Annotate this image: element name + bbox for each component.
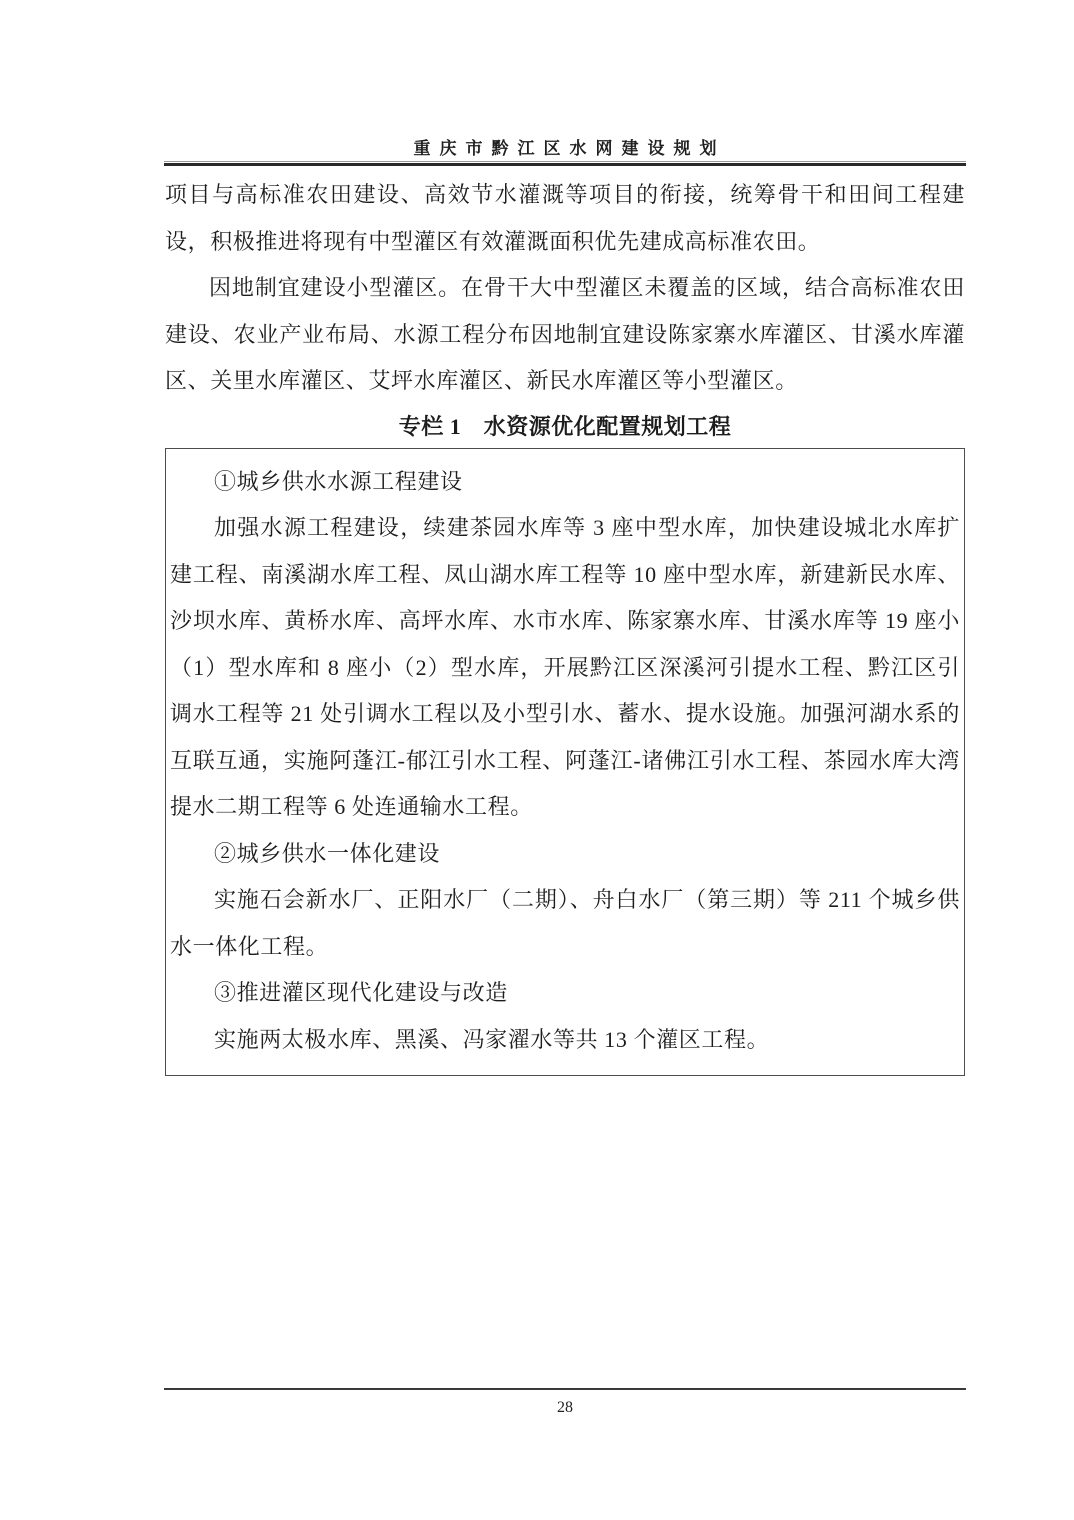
document-page: 重庆市黔江区水网建设规划 项目与高标准农田建设、高效节水灌溉等项目的衔接，统筹骨…	[0, 0, 1074, 1520]
header-rule-thick	[164, 163, 966, 166]
body-paragraph-1: 项目与高标准农田建设、高效节水灌溉等项目的衔接，统筹骨干和田间工程建设，积极推进…	[165, 172, 965, 265]
body-paragraph-2: 因地制宜建设小型灌区。在骨干大中型灌区未覆盖的区域，结合高标准农田建设、农业产业…	[165, 265, 965, 405]
callout-item-3-body: 实施两太极水库、黑溪、冯家濯水等共 13 个灌区工程。	[170, 1017, 960, 1064]
callout-item-1-heading: ①城乡供水水源工程建设	[170, 459, 960, 506]
callout-item-3-heading: ③推进灌区现代化建设与改造	[170, 970, 960, 1017]
callout-box: ①城乡供水水源工程建设 加强水源工程建设，续建茶园水库等 3 座中型水库，加快建…	[165, 448, 965, 1077]
callout-item-2-heading: ②城乡供水一体化建设	[170, 831, 960, 878]
header-rule-thin	[164, 161, 966, 162]
callout-item-1-body: 加强水源工程建设，续建茶园水库等 3 座中型水库，加快建设城北水库扩建工程、南溪…	[170, 505, 960, 831]
callout-title: 专栏 1 水资源优化配置规划工程	[165, 405, 965, 448]
callout-item-2-body: 实施石会新水厂、正阳水厂（二期）、舟白水厂（第三期）等 211 个城乡供水一体化…	[170, 877, 960, 970]
page-number: 28	[165, 1399, 965, 1417]
footer-rule	[164, 1388, 966, 1390]
document-content: 项目与高标准农田建设、高效节水灌溉等项目的衔接，统筹骨干和田间工程建设，积极推进…	[165, 172, 965, 1076]
header-title: 重庆市黔江区水网建设规划	[165, 134, 965, 159]
